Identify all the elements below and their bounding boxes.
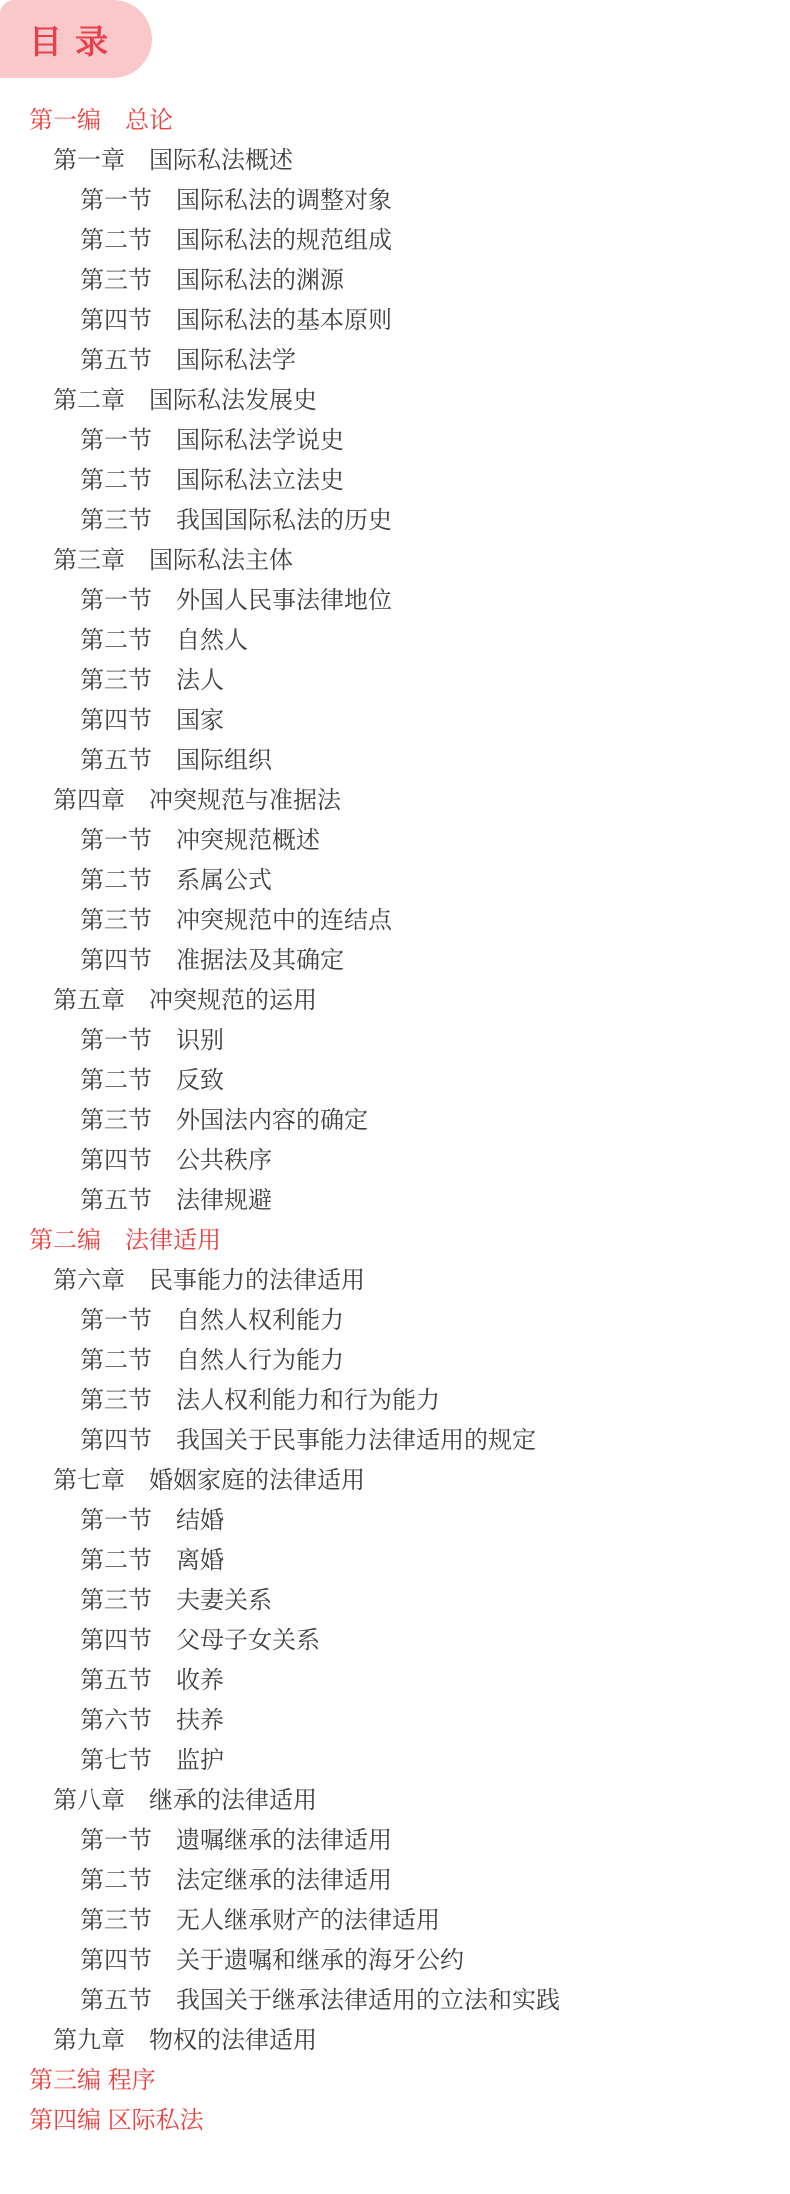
toc-item-chapter[interactable]: 第一章 国际私法概述 bbox=[0, 141, 790, 181]
toc-item-section[interactable]: 第一节 自然人权利能力 bbox=[0, 1301, 790, 1341]
toc-item-section[interactable]: 第三节 法人 bbox=[0, 661, 790, 701]
toc-item-section[interactable]: 第四节 国家 bbox=[0, 701, 790, 741]
toc-item-section[interactable]: 第一节 外国人民事法律地位 bbox=[0, 581, 790, 621]
toc-item-chapter[interactable]: 第八章 继承的法律适用 bbox=[0, 1781, 790, 1821]
toc-item-section[interactable]: 第四节 关于遗嘱和继承的海牙公约 bbox=[0, 1941, 790, 1981]
toc-item-section[interactable]: 第二节 国际私法的规范组成 bbox=[0, 221, 790, 261]
toc-item-section[interactable]: 第四节 准据法及其确定 bbox=[0, 941, 790, 981]
toc-item-section[interactable]: 第三节 无人继承财产的法律适用 bbox=[0, 1901, 790, 1941]
toc-item-section[interactable]: 第一节 结婚 bbox=[0, 1501, 790, 1541]
toc-item-section[interactable]: 第一节 识别 bbox=[0, 1021, 790, 1061]
toc-item-section[interactable]: 第三节 国际私法的渊源 bbox=[0, 261, 790, 301]
toc-item-section[interactable]: 第四节 我国关于民事能力法律适用的规定 bbox=[0, 1421, 790, 1461]
toc-item-part[interactable]: 第二编 法律适用 bbox=[0, 1221, 790, 1261]
toc-item-section[interactable]: 第六节 扶养 bbox=[0, 1701, 790, 1741]
toc-item-section[interactable]: 第五节 国际私法学 bbox=[0, 341, 790, 381]
toc-item-part[interactable]: 第一编 总论 bbox=[0, 101, 790, 141]
toc-item-section[interactable]: 第五节 法律规避 bbox=[0, 1181, 790, 1221]
toc-header-badge: 目 录 bbox=[0, 0, 152, 78]
toc-item-section[interactable]: 第四节 国际私法的基本原则 bbox=[0, 301, 790, 341]
toc-item-section[interactable]: 第三节 法人权利能力和行为能力 bbox=[0, 1381, 790, 1421]
toc-item-section[interactable]: 第二节 系属公式 bbox=[0, 861, 790, 901]
toc-page-title: 目 录 bbox=[0, 16, 110, 63]
toc-item-chapter[interactable]: 第四章 冲突规范与准据法 bbox=[0, 781, 790, 821]
toc-item-section[interactable]: 第五节 我国关于继承法律适用的立法和实践 bbox=[0, 1981, 790, 2021]
toc-item-section[interactable]: 第一节 遗嘱继承的法律适用 bbox=[0, 1821, 790, 1861]
toc-item-chapter[interactable]: 第二章 国际私法发展史 bbox=[0, 381, 790, 421]
toc-item-section[interactable]: 第一节 国际私法学说史 bbox=[0, 421, 790, 461]
toc-item-chapter[interactable]: 第九章 物权的法律适用 bbox=[0, 2021, 790, 2061]
toc-item-section[interactable]: 第二节 国际私法立法史 bbox=[0, 461, 790, 501]
toc-item-section[interactable]: 第一节 冲突规范概述 bbox=[0, 821, 790, 861]
toc-item-chapter[interactable]: 第五章 冲突规范的运用 bbox=[0, 981, 790, 1021]
toc-item-chapter[interactable]: 第六章 民事能力的法律适用 bbox=[0, 1261, 790, 1301]
toc-item-section[interactable]: 第四节 公共秩序 bbox=[0, 1141, 790, 1181]
toc-item-part[interactable]: 第四编 区际私法 bbox=[0, 2101, 790, 2141]
toc-item-section[interactable]: 第二节 法定继承的法律适用 bbox=[0, 1861, 790, 1901]
toc-item-section[interactable]: 第三节 我国国际私法的历史 bbox=[0, 501, 790, 541]
toc-item-section[interactable]: 第五节 国际组织 bbox=[0, 741, 790, 781]
toc-item-chapter[interactable]: 第七章 婚姻家庭的法律适用 bbox=[0, 1461, 790, 1501]
toc-item-part[interactable]: 第三编 程序 bbox=[0, 2061, 790, 2101]
toc-item-section[interactable]: 第一节 国际私法的调整对象 bbox=[0, 181, 790, 221]
toc-item-section[interactable]: 第二节 离婚 bbox=[0, 1541, 790, 1581]
toc-item-section[interactable]: 第二节 自然人行为能力 bbox=[0, 1341, 790, 1381]
toc-item-section[interactable]: 第三节 外国法内容的确定 bbox=[0, 1101, 790, 1141]
toc-list: 第一编 总论第一章 国际私法概述第一节 国际私法的调整对象第二节 国际私法的规范… bbox=[0, 101, 790, 2141]
toc-item-section[interactable]: 第五节 收养 bbox=[0, 1661, 790, 1701]
toc-item-section[interactable]: 第三节 冲突规范中的连结点 bbox=[0, 901, 790, 941]
toc-item-section[interactable]: 第七节 监护 bbox=[0, 1741, 790, 1781]
toc-item-section[interactable]: 第四节 父母子女关系 bbox=[0, 1621, 790, 1661]
toc-item-section[interactable]: 第三节 夫妻关系 bbox=[0, 1581, 790, 1621]
toc-item-section[interactable]: 第二节 反致 bbox=[0, 1061, 790, 1101]
toc-item-chapter[interactable]: 第三章 国际私法主体 bbox=[0, 541, 790, 581]
toc-item-section[interactable]: 第二节 自然人 bbox=[0, 621, 790, 661]
